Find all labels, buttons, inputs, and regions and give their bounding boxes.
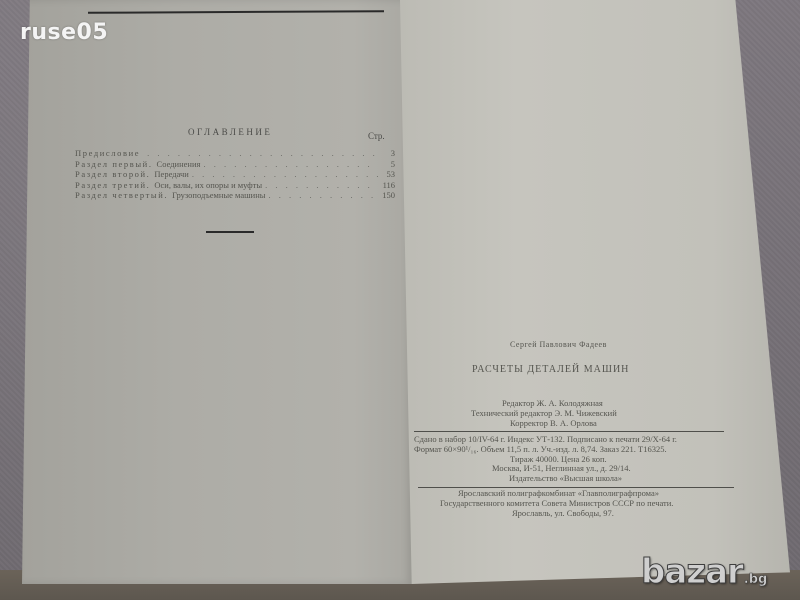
press-info-block: Ярославский полиграфкомбинат «Главполигр… xyxy=(440,489,760,518)
toc-title: ОГЛАВЛЕНИЕ xyxy=(188,127,272,137)
divider xyxy=(414,431,724,432)
author-name: Сергей Павлович Фадеев xyxy=(510,340,607,349)
toc-entry: Раздел первый. Соединения . . . . . . . … xyxy=(75,159,395,170)
leader-dots: . . . . . . . . . . . . . . . . . . . . … xyxy=(203,159,378,170)
toc-end-rule xyxy=(206,231,254,233)
toc-entry: Раздел второй. Передачи . . . . . . . . … xyxy=(75,169,395,180)
book-title: РАСЧЕТЫ ДЕТАЛЕЙ МАШИН xyxy=(472,364,629,375)
leader-dots: . . . . . . . . . . . . . . . . . . . . … xyxy=(265,180,378,191)
toc-entry: Раздел третий. Оси, валы, их опоры и муф… xyxy=(75,180,395,191)
left-page xyxy=(22,0,412,584)
print-info-line: Издательство «Высшая школа» xyxy=(414,474,744,484)
editor-line: Корректор В. А. Орлова xyxy=(466,419,676,429)
table-of-contents: Предисловие . . . . . . . . . . . . . . … xyxy=(75,148,395,201)
leader-dots: . . . . . . . . . . . . . . . . . . . . … xyxy=(192,169,378,180)
editors-block: Редактор Ж. А. Колодяжная Технический ре… xyxy=(466,399,676,428)
leader-dots: . . . . . . . . . . . . . . . . . . . . … xyxy=(268,190,378,201)
toc-entry: Предисловие . . . . . . . . . . . . . . … xyxy=(75,148,395,159)
leader-dots: . . . . . . . . . . . . . . . . . . . . … xyxy=(147,148,378,159)
press-info-line: Ярославль, ул. Свободы, 97. xyxy=(440,509,760,519)
print-info-block: Сдано в набор 10/IV-64 г. Индекс УТ-132.… xyxy=(414,435,744,484)
toc-entry: Раздел четвертый. Грузоподъемные машины … xyxy=(75,190,395,201)
user-watermark: ruse05 xyxy=(20,20,108,45)
site-watermark-logo: bazar.bg xyxy=(641,552,767,592)
toc-page-column-label: Стр. xyxy=(368,131,385,141)
